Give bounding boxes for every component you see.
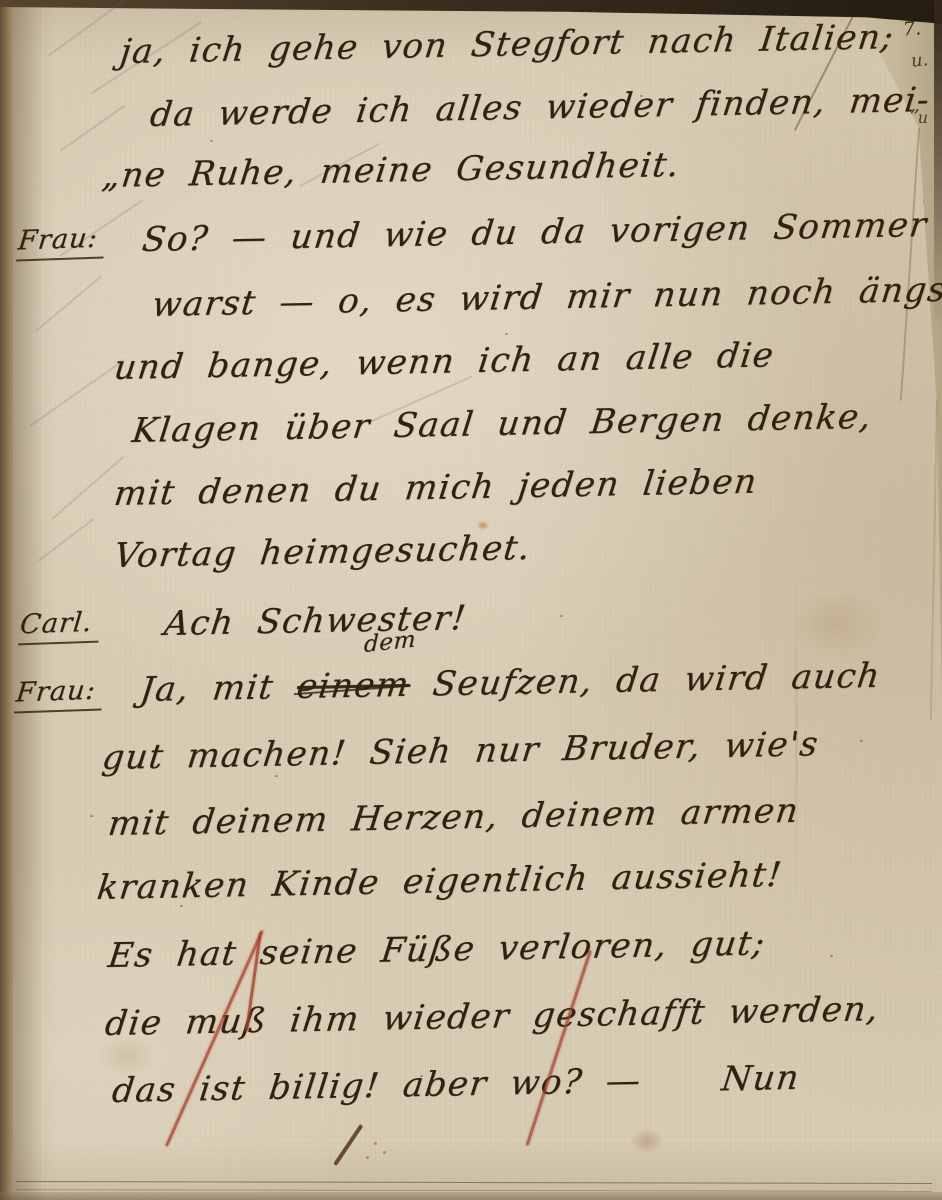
book-binding-edge [0,0,13,1200]
paper-stain [790,590,885,660]
binding-shadow [13,0,43,1200]
bottom-page-edge [0,1192,942,1200]
paper-speck [275,775,278,777]
paper-speck [830,955,833,957]
paper-speck [560,615,563,617]
paper-speck [505,333,508,335]
manuscript-line: Ach Schwester! [162,600,469,643]
red-speck [366,1156,369,1159]
red-speck [383,1151,386,1154]
line-text: einem [295,665,412,707]
paper-speck [210,140,213,142]
paper-speck [860,740,863,742]
edge-ink-mark: u. [910,49,929,72]
page-number: 7. [902,19,921,39]
speaker-label: Frau: [16,224,107,261]
catchword: Nun [719,1058,802,1099]
paper-speck [90,815,93,817]
speaker-label: Frau: [14,676,105,713]
manuscript-scan: u. „ u ) ) 7. ja, ich gehe von Stegfort … [0,0,942,1200]
line-text: Ja, mit [138,667,276,710]
line-text: Ach Schwester! [162,598,469,644]
speaker-label: Carl. [18,609,102,646]
manuscript-line: Vortag heimgesuchet. [112,530,533,575]
line-text: Vortag heimgesuchet. [112,528,533,576]
red-speck [374,1142,377,1145]
inserted-word: dem [364,629,417,657]
struck-word: einemdem [295,665,412,707]
paper-stain [630,1128,664,1154]
